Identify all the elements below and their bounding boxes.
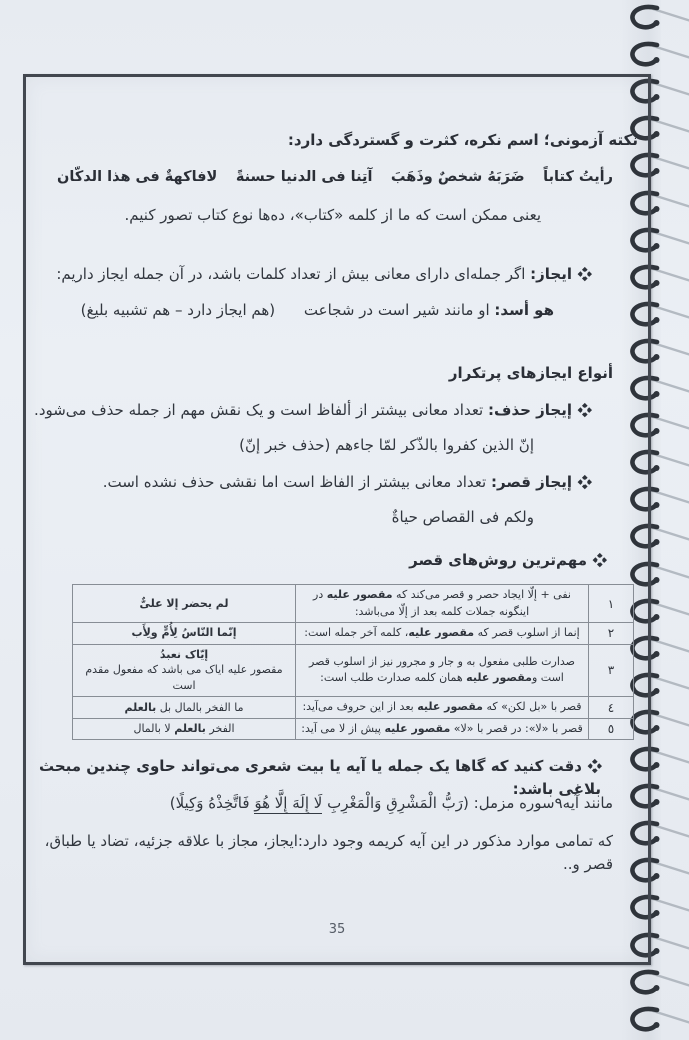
exam-tip-text: نکته آزمونی؛ اسم نکره، کثرت و گستردگی دا…: [288, 131, 638, 149]
diamond-bullet-icon: [579, 268, 591, 280]
spiral-coil-icon: [627, 4, 689, 34]
page-number: 35: [26, 922, 648, 937]
qasr-definition-line: إیجاز قصر: تعداد معانی بیشتر از الفاظ اس…: [26, 471, 648, 494]
method-example: إنّما النّاسُ لِأُمٍّ ولِأَب: [73, 623, 296, 645]
qasr-methods-table: ۱نفی + إلّا ایجاد حصر و قصر می‌کند که مق…: [72, 584, 634, 740]
ijaz-example-term: هو أسد:: [494, 301, 554, 319]
scanned-book-page: { "page": { "number": "35" }, "colors": …: [0, 0, 689, 1040]
qasr-definition: تعداد معانی بیشتر از الفاظ است اما نقشی …: [103, 473, 487, 491]
method-example: ما الفخر بالمال بل بالعلم: [73, 697, 296, 719]
spiral-coil-icon: [627, 41, 689, 71]
indefinite-noun-examples: رأیتُ کتاباً ضَرَبَهُ شخصٌ وذَهَبَ آتِنا…: [26, 167, 648, 189]
method-description: نفی + إلّا ایجاد حصر و قصر می‌کند که مقص…: [296, 585, 589, 623]
method-description: إنما از اسلوب قصر که مقصور علیه، کلمه آخ…: [296, 623, 589, 645]
verse-prefix: مانند آیه۹سوره مزمل: (رَبُّ الْمَشْرِقِ …: [322, 794, 613, 812]
explanation-line: یعنی ممکن است که ما از کلمه «کتاب»، ده‌ه…: [26, 204, 648, 227]
exam-tip-heading: نکته آزمونی؛ اسم نکره، کثرت و گستردگی دا…: [26, 129, 648, 152]
spiral-coil-icon: [627, 969, 689, 999]
method-example: لم یحضر إلا علیٌّ: [73, 585, 296, 623]
method-example: الفخر بالعلم لا بالمال: [73, 718, 296, 740]
table-row: ۳صدارت طلبی مفعول به و جار و مجرور نیز ا…: [73, 644, 634, 697]
hazf-definition: تعداد معانی بیشتر از ألفاظ است و یک نقش …: [34, 401, 483, 419]
diamond-bullet-icon: [594, 554, 606, 566]
types-heading-text: أنواع ایجازهای پرتکرار: [449, 364, 613, 382]
ijaz-definition-line: ایجاز: اگر جمله‌ای دارای معانی بیش از تع…: [26, 263, 648, 286]
ijaz-definition: اگر جمله‌ای دارای معانی بیش از تعداد کلم…: [56, 265, 525, 283]
table-row: ۱نفی + إلّا ایجاد حصر و قصر می‌کند که مق…: [73, 585, 634, 623]
method-example-text: الفخر بالعلم لا بالمال: [78, 721, 290, 737]
example-phrase: لافاکهةٌ فی هذا الدکّان: [57, 167, 217, 189]
qasr-term: إیجاز قصر:: [491, 473, 572, 491]
example-phrase: آتِنا فی الدنیا حسنةً: [236, 167, 373, 189]
page-border-frame: نکته آزمونی؛ اسم نکره، کثرت و گستردگی دا…: [23, 74, 651, 965]
ijaz-example-line: هو أسد: او مانند شیر است در شجاعت (هم ای…: [26, 299, 648, 322]
table-row: ٤قصر با «بل لکن» که مقصور علیه بعد از ای…: [73, 697, 634, 719]
method-example-text: إنّما النّاسُ لِأُمٍّ ولِأَب: [78, 625, 290, 641]
method-example: إیّاک نعبدُمقصور علیه ایاک می باشد که مف…: [73, 644, 296, 697]
table-row: ۲إنما از اسلوب قصر که مقصور علیه، کلمه آ…: [73, 623, 634, 645]
hazf-example-text: إنّ الذین کفروا بالذّکر لمّا جاءهم (حذف …: [239, 436, 534, 454]
verse-suffix: فَاتَّخِذْهُ وَکِیلًا): [170, 794, 255, 812]
example-phrase: ضَرَبَهُ شخصٌ وذَهَبَ: [391, 167, 525, 189]
closing-text: که تمامی موارد مذکور در این آیه کریمه وج…: [45, 832, 613, 873]
row-number: ۳: [589, 644, 634, 697]
method-description: قصر با «بل لکن» که مقصور علیه بعد از این…: [296, 697, 589, 719]
row-number: ٤: [589, 697, 634, 719]
ijaz-example-note: (هم ایجاز دارد – هم تشبیه بلیغ): [81, 301, 276, 319]
qasr-methods-heading-text: مهم‌ترین روش‌های قصر: [409, 551, 587, 569]
method-example-text: لم یحضر إلا علیٌّ: [78, 596, 290, 612]
qasr-example-text: ولکم فی القصاص حیاةٌ: [392, 508, 534, 526]
diamond-bullet-icon: [589, 760, 601, 772]
explanation-text: یعنی ممکن است که ما از کلمه «کتاب»، ده‌ه…: [125, 206, 541, 224]
verse-underlined-segment: لَا إِلَهَ إِلَّا هُوَ: [254, 794, 322, 814]
types-heading: أنواع ایجازهای پرتکرار: [26, 362, 648, 385]
ijaz-example-rest: او مانند شیر است در شجاعت: [304, 301, 490, 319]
qasr-example-line: ولکم فی القصاص حیاةٌ: [26, 506, 648, 529]
row-number: ۲: [589, 623, 634, 645]
verse-line: مانند آیه۹سوره مزمل: (رَبُّ الْمَشْرِقِ …: [26, 792, 648, 815]
diamond-bullet-icon: [579, 404, 591, 416]
qasr-methods-heading: مهم‌ترین روش‌های قصر: [26, 549, 648, 572]
hazf-term: إیجاز حذف:: [488, 401, 572, 419]
hazf-example-line: إنّ الذین کفروا بالذّکر لمّا جاءهم (حذف …: [26, 434, 648, 457]
diamond-bullet-icon: [579, 476, 591, 488]
row-number: ٥: [589, 718, 634, 740]
method-example-text: إیّاک نعبدُ: [78, 647, 290, 663]
example-phrase: رأیتُ کتاباً: [543, 167, 613, 189]
method-example-text: ما الفخر بالمال بل بالعلم: [78, 700, 290, 716]
table-row: ٥قصر با «لا»: در قصر با «لا» مقصور علیه …: [73, 718, 634, 740]
closing-line: که تمامی موارد مذکور در این آیه کریمه وج…: [26, 830, 648, 875]
ijaz-term: ایجاز:: [530, 265, 572, 283]
method-example-note: مقصور علیه ایاک می باشد که مفعول مقدم اس…: [78, 662, 290, 694]
row-number: ۱: [589, 585, 634, 623]
method-description: قصر با «لا»: در قصر با «لا» مقصور علیه پ…: [296, 718, 589, 740]
method-description: صدارت طلبی مفعول به و جار و مجرور نیز از…: [296, 644, 589, 697]
hazf-definition-line: إیجاز حذف: تعداد معانی بیشتر از ألفاظ اس…: [26, 399, 648, 422]
spiral-coil-icon: [627, 1006, 689, 1036]
